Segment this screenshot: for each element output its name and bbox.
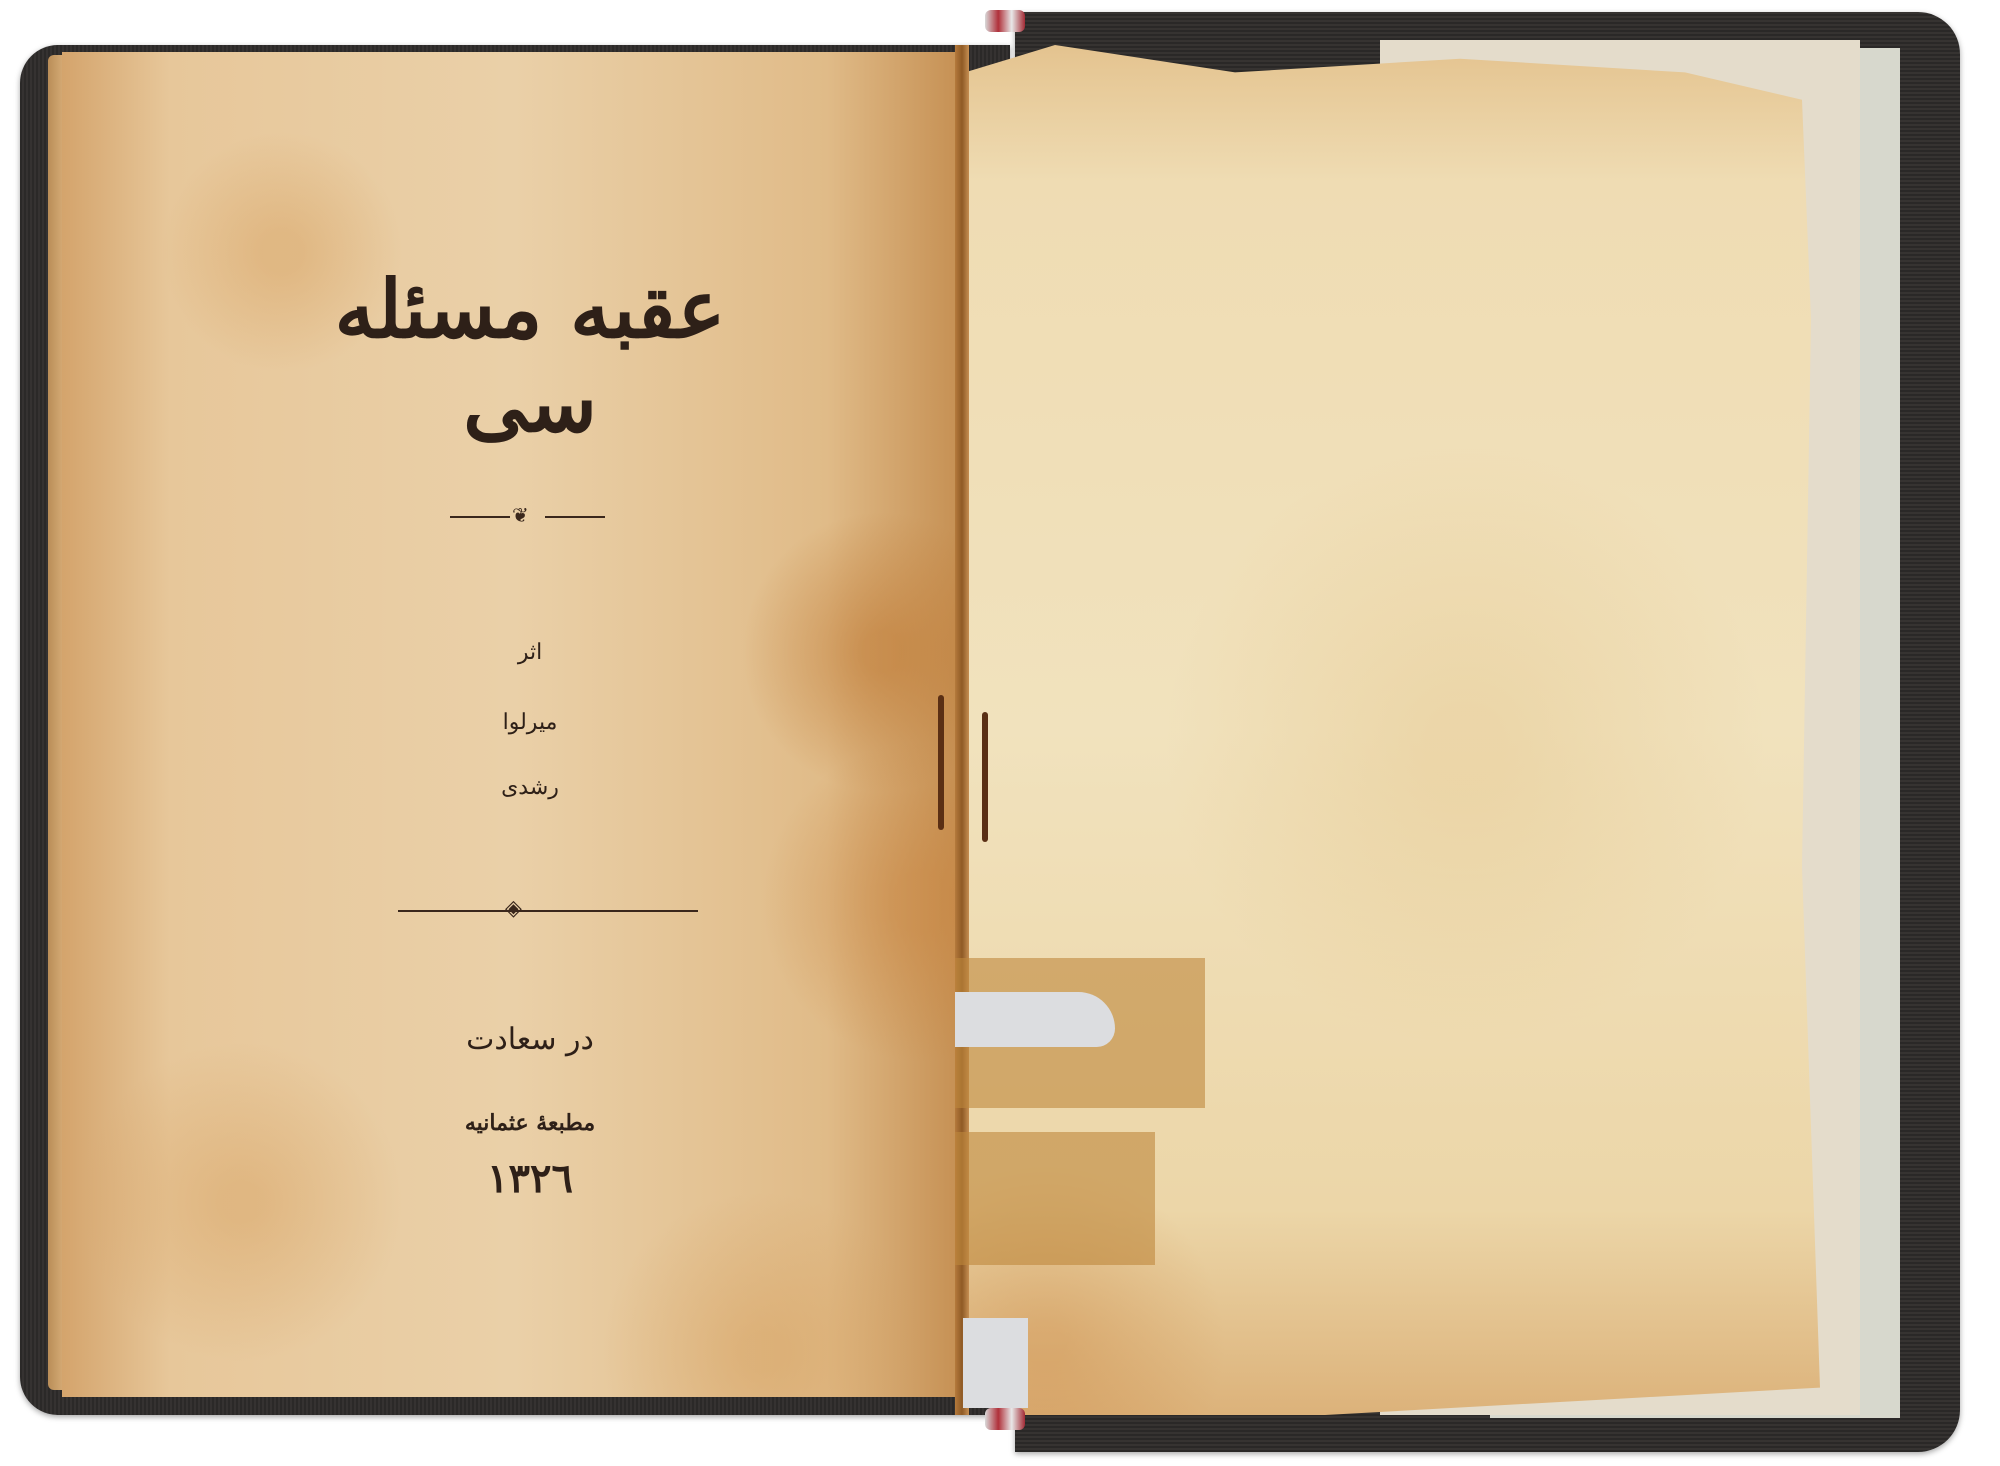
ornament-icon: ❦ (512, 503, 529, 527)
book-title: عقبه مسئله سی (300, 262, 760, 450)
page-tear (955, 992, 1115, 1047)
publication-year: ١٣٢٦ (300, 1155, 760, 1202)
headband-thread-bottom (985, 1408, 1025, 1430)
binding-stitch-left (938, 695, 944, 830)
page-corner-tear (963, 1318, 1028, 1408)
author-label: اثر (300, 640, 760, 665)
headband-thread-top (985, 10, 1025, 32)
binding-stitch-right (982, 712, 988, 842)
divider-line-left (450, 516, 510, 518)
publication-place: در سعادت (300, 1022, 760, 1057)
divider-line-right (545, 516, 605, 518)
publisher: مطبعهٔ عثمانیه (300, 1110, 760, 1136)
ornament-flourish-icon: ◈ (505, 896, 522, 921)
ornamental-divider (398, 910, 698, 912)
author-name: رشدی (300, 775, 760, 800)
repair-tape-lower (955, 1132, 1155, 1265)
author-rank: میرلوا (300, 710, 760, 735)
